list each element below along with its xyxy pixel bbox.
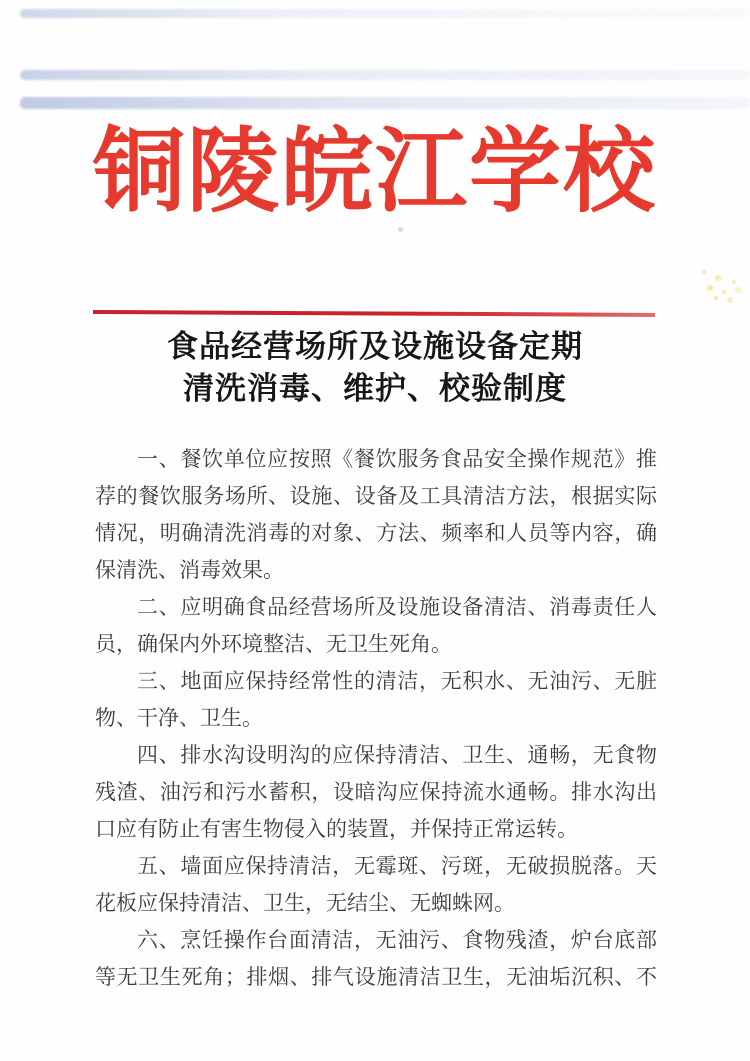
paragraph: 四、排水沟设明沟的应保持清洁、卫生、通畅，无食物残渣、油污和污水蓄积，设暗沟应保… — [95, 737, 657, 848]
text-line: 残渣、油污和污水蓄积，设暗沟应保持流水通畅。排水沟出 — [95, 774, 657, 811]
text-line: 员，确保内外环境整洁、无卫生死角。 — [95, 626, 657, 663]
text-line: 物、干净、卫生。 — [95, 700, 657, 737]
document-title: 食品经营场所及设施设备定期 清洗消毒、维护、校验制度 — [0, 326, 750, 410]
document-body: 一、餐饮单位应按照《餐饮服务食品安全操作规范》推荐的餐饮服务场所、设施、设备及工… — [95, 441, 657, 996]
scan-streak-artifact — [20, 70, 750, 80]
scan-speck-artifact — [702, 270, 706, 274]
document-title-line-2: 清洗消毒、维护、校验制度 — [0, 368, 750, 410]
letterhead-divider-rule — [93, 310, 655, 317]
paragraph: 六、烹饪操作台面清洁，无油污、食物残渣，炉台底部等无卫生死角；排烟、排气设施清洁… — [95, 922, 657, 996]
text-line: 情况，明确清洗消毒的对象、方法、频率和人员等内容，确 — [95, 515, 657, 552]
paragraph: 二、应明确食品经营场所及设施设备清洁、消毒责任人员，确保内外环境整洁、无卫生死角… — [95, 589, 657, 663]
text-line: 保清洗、消毒效果。 — [95, 552, 657, 589]
paragraph: 五、墙面应保持清洁，无霉斑、污斑，无破损脱落。天花板应保持清洁、卫生，无结尘、无… — [95, 848, 657, 922]
scanned-document-page: 铜陵皖江学校 食品经营场所及设施设备定期 清洗消毒、维护、校验制度 一、餐饮单位… — [0, 0, 750, 1061]
document-title-line-1: 食品经营场所及设施设备定期 — [0, 326, 750, 368]
text-line: 四、排水沟设明沟的应保持清洁、卫生、通畅，无食物 — [95, 737, 657, 774]
school-letterhead-title: 铜陵皖江学校 — [0, 112, 750, 232]
paragraph: 一、餐饮单位应按照《餐饮服务食品安全操作规范》推荐的餐饮服务场所、设施、设备及工… — [95, 441, 657, 589]
text-line: 六、烹饪操作台面清洁，无油污、食物残渣，炉台底部 — [95, 922, 657, 959]
text-line: 五、墙面应保持清洁，无霉斑、污斑，无破损脱落。天 — [95, 848, 657, 885]
scan-streak-artifact — [20, 97, 750, 109]
paragraph: 三、地面应保持经常性的清洁，无积水、无油污、无脏物、干净、卫生。 — [95, 663, 657, 737]
text-line: 口应有防止有害生物侵入的装置，并保持正常运转。 — [95, 811, 657, 848]
text-line: 一、餐饮单位应按照《餐饮服务食品安全操作规范》推 — [95, 441, 657, 478]
text-line: 三、地面应保持经常性的清洁，无积水、无油污、无脏 — [95, 663, 657, 700]
text-line: 荐的餐饮服务场所、设施、设备及工具清洁方法，根据实际 — [95, 478, 657, 515]
text-line: 二、应明确食品经营场所及设施设备清洁、消毒责任人 — [95, 589, 657, 626]
text-line: 等无卫生死角；排烟、排气设施清洁卫生，无油垢沉积、不 — [95, 959, 657, 996]
text-line: 花板应保持清洁、卫生，无结尘、无蜘蛛网。 — [95, 885, 657, 922]
scan-streak-artifact — [20, 9, 750, 18]
